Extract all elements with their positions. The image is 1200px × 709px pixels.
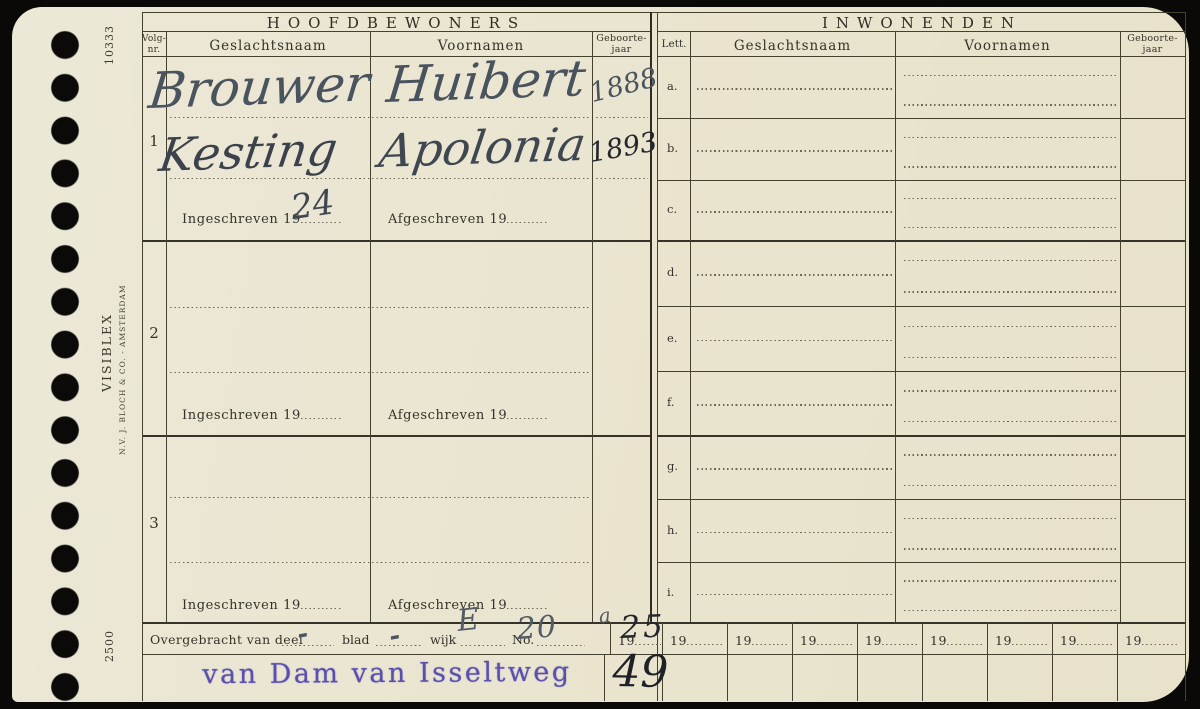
ingeschreven-text: Ingeschreven 19 bbox=[182, 598, 301, 613]
year-prefix: 19 bbox=[735, 633, 752, 648]
volgnr-value: 2 bbox=[142, 324, 166, 342]
letter-label: g. bbox=[667, 459, 678, 473]
year-cell-8: 19 bbox=[1125, 633, 1178, 648]
year-prefix: 19 bbox=[995, 633, 1012, 648]
handwritten-house-number: 49 bbox=[612, 646, 669, 698]
volgnr-value: 3 bbox=[142, 514, 166, 532]
inwonenden-row-e: e. bbox=[658, 306, 1186, 371]
letter-label: h. bbox=[667, 523, 678, 537]
handwritten-year-value: 25 bbox=[620, 608, 667, 646]
year-cell-7: 19 bbox=[1060, 633, 1113, 648]
ingeschreven-text: Ingeschreven 19 bbox=[182, 408, 301, 423]
afgeschreven-label: Afgeschreven 19 bbox=[388, 408, 549, 423]
inwonenden-row-f: f. bbox=[658, 371, 1186, 435]
letter-label: e. bbox=[667, 331, 677, 345]
inwonenden-row-i: i. bbox=[658, 562, 1186, 623]
ingeschreven-text: Ingeschreven 19 bbox=[182, 212, 301, 227]
handwritten-wijk-value: E bbox=[455, 602, 480, 639]
letter-label: b. bbox=[667, 141, 678, 155]
afgeschreven-text: Afgeschreven 19 bbox=[388, 212, 507, 227]
blad-label: blad bbox=[342, 632, 369, 647]
letter-label: c. bbox=[667, 202, 677, 216]
column-header-geboortejaar-left: Geboorte- jaar bbox=[592, 34, 651, 55]
year-prefix: 19 bbox=[865, 633, 882, 648]
geboortejaar-line1: Geboorte- bbox=[1120, 34, 1185, 45]
year-prefix: 19 bbox=[1060, 633, 1077, 648]
address-stamp: van Dam van Isseltweg bbox=[192, 657, 582, 691]
column-header-geslachtsnaam-left: Geslachtsnaam bbox=[166, 38, 370, 54]
form-number-top: 10333 bbox=[103, 13, 116, 65]
handwritten-surname-2: Kesting bbox=[156, 122, 341, 182]
column-header-geslachtsnaam-right: Geslachtsnaam bbox=[690, 38, 895, 54]
letter-label: i. bbox=[667, 585, 674, 599]
letter-label: f. bbox=[667, 395, 675, 409]
ingeschreven-label: Ingeschreven 19 bbox=[182, 598, 343, 613]
year-prefix: 19 bbox=[930, 633, 947, 648]
handwritten-surname-1: Brouwer bbox=[146, 54, 372, 120]
geboortejaar-line2: jaar bbox=[592, 45, 651, 56]
handwritten-ingeschreven-year: 24 bbox=[288, 182, 336, 228]
volgnr-line1: Volg- bbox=[141, 34, 167, 45]
overgebracht-label: Overgebracht van deel bbox=[150, 632, 303, 647]
year-cell-6: 19 bbox=[995, 633, 1048, 648]
column-header-voornamen-right: Voornamen bbox=[895, 38, 1120, 54]
year-cell-4: 19 bbox=[865, 633, 918, 648]
afgeschreven-text: Afgeschreven 19 bbox=[388, 598, 507, 613]
year-cell-5: 19 bbox=[930, 633, 983, 648]
column-header-volgnr: Volg- nr. bbox=[141, 34, 167, 55]
geboortejaar-line2: jaar bbox=[1120, 45, 1185, 56]
brand-visiblex: VISIBLEX bbox=[99, 296, 114, 392]
form-number-bottom: 2500 bbox=[103, 610, 116, 662]
year-prefix: 19 bbox=[1125, 633, 1142, 648]
ingeschreven-label: Ingeschreven 19 bbox=[182, 408, 343, 423]
year-prefix: 19 bbox=[670, 633, 687, 648]
year-cell-1: 19 bbox=[670, 633, 723, 648]
handwritten-no-superscript: a bbox=[597, 603, 611, 628]
inwonenden-row-h: h. bbox=[658, 499, 1186, 562]
wijk-label: wijk bbox=[430, 632, 456, 647]
inwonenden-row-a: a. bbox=[658, 56, 1186, 118]
inwonenden-row-c: c. bbox=[658, 180, 1186, 240]
handwritten-firstname-2: Apolonia bbox=[376, 117, 589, 178]
afgeschreven-label: Afgeschreven 19 bbox=[388, 212, 549, 227]
section-title-inwonenden: INWONENDEN bbox=[658, 14, 1186, 32]
column-header-lett: Lett. bbox=[658, 38, 690, 50]
inwonenden-row-g: g. bbox=[658, 435, 1186, 499]
inwonenden-row-b: b. bbox=[658, 118, 1186, 180]
volgnr-line2: nr. bbox=[141, 45, 167, 56]
manufacturer-name: N.V. J. BLOCH & CO. - AMSTERDAM bbox=[118, 250, 127, 455]
punch-holes bbox=[50, 24, 80, 702]
year-cell-2: 19 bbox=[735, 633, 788, 648]
inwonenden-row-d: d. bbox=[658, 240, 1186, 306]
scanned-register-card-page: 10333 VISIBLEX N.V. J. BLOCH & CO. - AMS… bbox=[0, 0, 1200, 709]
handwritten-no-value: 20 bbox=[516, 609, 559, 647]
afgeschreven-text: Afgeschreven 19 bbox=[388, 408, 507, 423]
column-header-geboortejaar-right: Geboorte- jaar bbox=[1120, 34, 1185, 55]
section-title-hoofdbewoners: HOOFDBEWONERS bbox=[142, 14, 651, 32]
letter-label: a. bbox=[667, 79, 678, 93]
year-prefix: 19 bbox=[800, 633, 817, 648]
handwritten-firstname-1: Huibert bbox=[384, 49, 588, 114]
year-cell-3: 19 bbox=[800, 633, 853, 648]
letter-label: d. bbox=[667, 265, 678, 279]
geboortejaar-line1: Geboorte- bbox=[592, 34, 651, 45]
